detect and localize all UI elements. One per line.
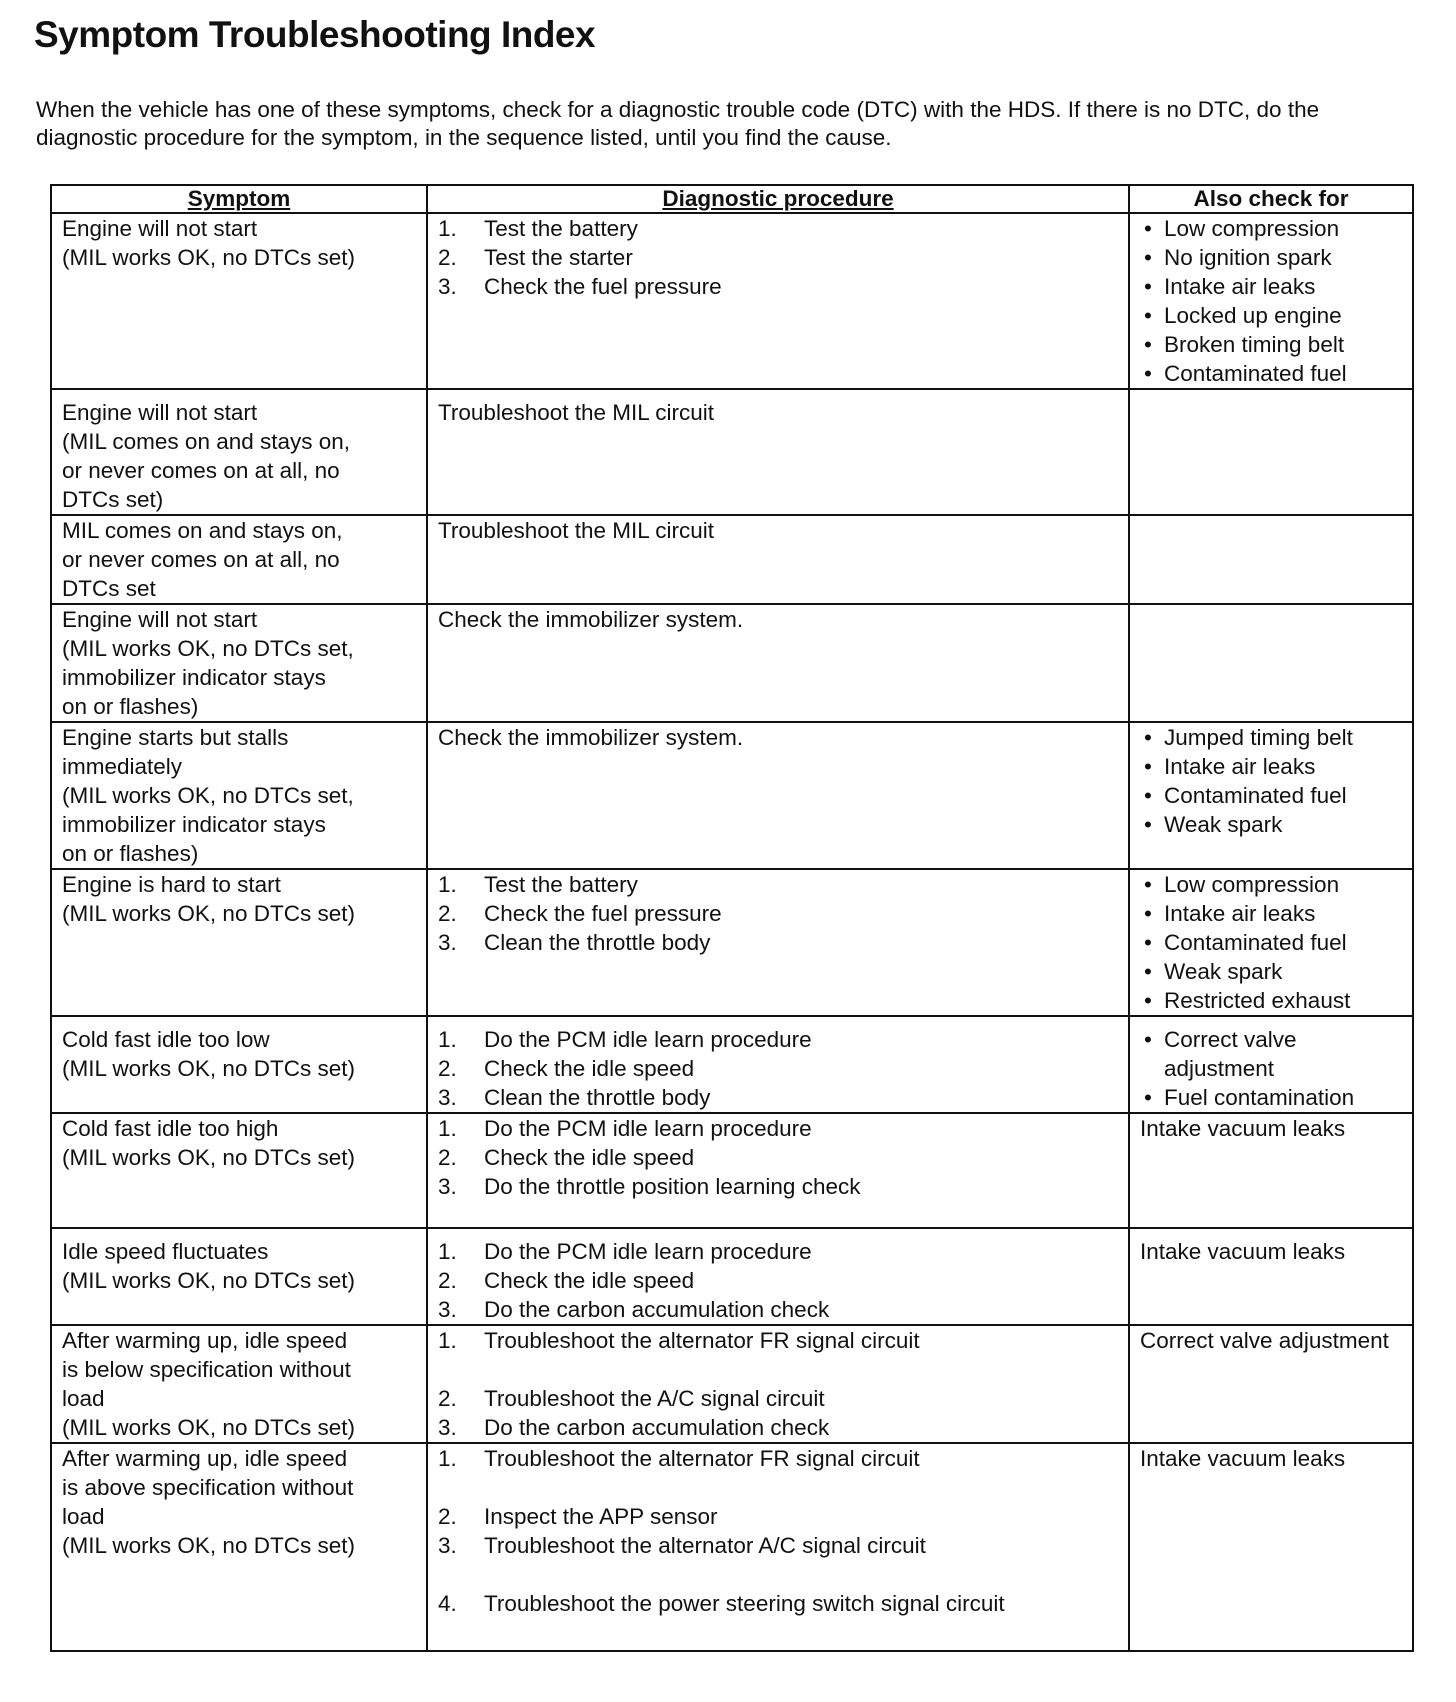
symptom-cell: After warming up, idle speedis below spe… bbox=[51, 1325, 427, 1443]
symptom-line: Cold fast idle too low bbox=[62, 1025, 416, 1054]
step-number: 2. bbox=[438, 1054, 484, 1083]
step-number: 1. bbox=[438, 1114, 484, 1143]
procedure-steps: 1.Do the PCM idle learn procedure2.Check… bbox=[438, 1114, 1118, 1201]
procedure-step: 2.Check the fuel pressure bbox=[438, 899, 1118, 928]
procedure-text: Troubleshoot the MIL circuit bbox=[438, 516, 1118, 545]
table-row: MIL comes on and stays on,or never comes… bbox=[51, 515, 1413, 604]
step-number: 3. bbox=[438, 1413, 484, 1442]
symptom-line: or never comes on at all, no bbox=[62, 545, 416, 574]
also-check-text: Fuel contamination bbox=[1164, 1083, 1354, 1112]
symptom-line: load bbox=[62, 1384, 416, 1413]
procedure-steps: 1.Troubleshoot the alternator FR signal … bbox=[438, 1444, 1118, 1618]
also-check-item: •Intake air leaks bbox=[1140, 272, 1402, 301]
also-check-cell bbox=[1129, 515, 1413, 604]
procedure-step: 3.Do the carbon accumulation check bbox=[438, 1295, 1118, 1324]
also-check-item: •Intake air leaks bbox=[1140, 899, 1402, 928]
step-text: Troubleshoot the alternator FR signal ci… bbox=[484, 1444, 920, 1473]
also-check-item: •No ignition spark bbox=[1140, 243, 1402, 272]
bullet-icon: • bbox=[1140, 781, 1164, 810]
symptom-line: (MIL works OK, no DTCs set, bbox=[62, 781, 416, 810]
procedure-cell: 1.Do the PCM idle learn procedure2.Check… bbox=[427, 1016, 1129, 1113]
also-check-item: •Broken timing belt bbox=[1140, 330, 1402, 359]
table-row: Engine will not start(MIL works OK, no D… bbox=[51, 604, 1413, 722]
step-number: 4. bbox=[438, 1589, 484, 1618]
symptom-line: Cold fast idle too high bbox=[62, 1114, 416, 1143]
step-text: Troubleshoot the alternator A/C signal c… bbox=[484, 1531, 926, 1560]
procedure-step: 1.Test the battery bbox=[438, 214, 1118, 243]
intro-paragraph: When the vehicle has one of these sympto… bbox=[36, 96, 1416, 152]
procedure-step: 2.Check the idle speed bbox=[438, 1266, 1118, 1295]
step-spacer bbox=[438, 1473, 1118, 1502]
step-spacer bbox=[438, 1560, 1118, 1589]
step-text: Troubleshoot the power steering switch s… bbox=[484, 1589, 1005, 1618]
header-diagnostic-procedure-label: Diagnostic procedure bbox=[662, 186, 893, 211]
procedure-step: 4.Troubleshoot the power steering switch… bbox=[438, 1589, 1118, 1618]
procedure-steps: 1.Do the PCM idle learn procedure2.Check… bbox=[438, 1025, 1118, 1112]
also-check-item: •Low compression bbox=[1140, 870, 1402, 899]
symptom-line: Engine will not start bbox=[62, 398, 416, 427]
step-number: 3. bbox=[438, 1083, 484, 1112]
procedure-step: 2.Inspect the APP sensor bbox=[438, 1502, 1118, 1531]
step-number: 3. bbox=[438, 1172, 484, 1201]
also-check-text: Jumped timing belt bbox=[1164, 723, 1353, 752]
symptom-cell: Engine will not start(MIL comes on and s… bbox=[51, 389, 427, 515]
bullet-icon: • bbox=[1140, 810, 1164, 839]
step-text: Clean the throttle body bbox=[484, 1083, 710, 1112]
also-check-text: Weak spark bbox=[1164, 810, 1282, 839]
step-number: 3. bbox=[438, 1295, 484, 1324]
also-check-text: Contaminated fuel bbox=[1164, 928, 1347, 957]
symptom-cell: Engine will not start(MIL works OK, no D… bbox=[51, 604, 427, 722]
procedure-step: 3.Clean the throttle body bbox=[438, 928, 1118, 957]
also-check-text: Low compression bbox=[1164, 870, 1339, 899]
step-number: 3. bbox=[438, 1531, 484, 1560]
header-symptom: Symptom bbox=[51, 185, 427, 213]
procedure-step: 3.Do the carbon accumulation check bbox=[438, 1413, 1118, 1442]
also-check-item: •Weak spark bbox=[1140, 957, 1402, 986]
also-check-list: •Low compression•No ignition spark•Intak… bbox=[1140, 214, 1402, 388]
also-check-item: •Jumped timing belt bbox=[1140, 723, 1402, 752]
procedure-step: 1.Troubleshoot the alternator FR signal … bbox=[438, 1444, 1118, 1473]
symptom-cell: Engine starts but stallsimmediately(MIL … bbox=[51, 722, 427, 869]
step-number: 3. bbox=[438, 272, 484, 301]
step-text: Test the battery bbox=[484, 214, 638, 243]
procedure-step: 2.Troubleshoot the A/C signal circuit bbox=[438, 1384, 1118, 1413]
also-check-cell bbox=[1129, 604, 1413, 722]
bullet-icon: • bbox=[1140, 1083, 1164, 1112]
also-check-cell: Correct valve adjustment bbox=[1129, 1325, 1413, 1443]
also-check-item: •Correct valve adjustment bbox=[1140, 1025, 1402, 1083]
symptom-line: (MIL works OK, no DTCs set, bbox=[62, 634, 416, 663]
procedure-step: 3.Do the throttle position learning chec… bbox=[438, 1172, 1118, 1201]
procedure-cell: 1.Do the PCM idle learn procedure2.Check… bbox=[427, 1113, 1129, 1228]
procedure-step: 1.Do the PCM idle learn procedure bbox=[438, 1025, 1118, 1054]
procedure-step: 2.Check the idle speed bbox=[438, 1054, 1118, 1083]
also-check-text: Contaminated fuel bbox=[1164, 781, 1347, 810]
procedure-step: 1.Test the battery bbox=[438, 870, 1118, 899]
step-text: Do the throttle position learning check bbox=[484, 1172, 860, 1201]
step-number: 3. bbox=[438, 928, 484, 957]
symptom-line: Engine will not start bbox=[62, 605, 416, 634]
bullet-icon: • bbox=[1140, 359, 1164, 388]
procedure-cell: Troubleshoot the MIL circuit bbox=[427, 515, 1129, 604]
procedure-cell: Troubleshoot the MIL circuit bbox=[427, 389, 1129, 515]
procedure-text: Troubleshoot the MIL circuit bbox=[438, 398, 1118, 427]
bullet-icon: • bbox=[1140, 986, 1164, 1015]
step-number: 1. bbox=[438, 1444, 484, 1473]
procedure-cell: 1.Troubleshoot the alternator FR signal … bbox=[427, 1325, 1129, 1443]
symptom-line: Idle speed fluctuates bbox=[62, 1237, 416, 1266]
table-row: Engine is hard to start(MIL works OK, no… bbox=[51, 869, 1413, 1016]
step-text: Troubleshoot the alternator FR signal ci… bbox=[484, 1326, 920, 1355]
table-row: Engine will not start(MIL comes on and s… bbox=[51, 389, 1413, 515]
also-check-cell: •Low compression•No ignition spark•Intak… bbox=[1129, 213, 1413, 389]
also-check-text: Intake vacuum leaks bbox=[1140, 1237, 1402, 1266]
table-row: Cold fast idle too high(MIL works OK, no… bbox=[51, 1113, 1413, 1228]
procedure-steps: 1.Test the battery2.Check the fuel press… bbox=[438, 870, 1118, 957]
also-check-text: Intake vacuum leaks bbox=[1140, 1114, 1402, 1143]
step-text: Check the fuel pressure bbox=[484, 899, 722, 928]
table-row: After warming up, idle speedis below spe… bbox=[51, 1325, 1413, 1443]
also-check-text: No ignition spark bbox=[1164, 243, 1332, 272]
also-check-item: •Fuel contamination bbox=[1140, 1083, 1402, 1112]
step-number: 1. bbox=[438, 870, 484, 899]
also-check-text: Correct valve adjustment bbox=[1140, 1326, 1402, 1355]
also-check-text: Locked up engine bbox=[1164, 301, 1342, 330]
symptom-line: Engine is hard to start bbox=[62, 870, 416, 899]
symptom-line: DTCs set) bbox=[62, 485, 416, 514]
symptom-line: (MIL works OK, no DTCs set) bbox=[62, 899, 416, 928]
step-text: Test the battery bbox=[484, 870, 638, 899]
symptom-cell: Idle speed fluctuates(MIL works OK, no D… bbox=[51, 1228, 427, 1325]
also-check-cell: Intake vacuum leaks bbox=[1129, 1443, 1413, 1651]
procedure-cell: 1.Test the battery2.Test the starter3.Ch… bbox=[427, 213, 1129, 389]
procedure-step: 1.Do the PCM idle learn procedure bbox=[438, 1114, 1118, 1143]
also-check-cell: •Low compression•Intake air leaks•Contam… bbox=[1129, 869, 1413, 1016]
step-number: 2. bbox=[438, 899, 484, 928]
also-check-text: Intake vacuum leaks bbox=[1140, 1444, 1402, 1473]
symptom-line: (MIL works OK, no DTCs set) bbox=[62, 1054, 416, 1083]
step-text: Inspect the APP sensor bbox=[484, 1502, 717, 1531]
step-text: Check the idle speed bbox=[484, 1266, 694, 1295]
also-check-text: Intake air leaks bbox=[1164, 752, 1315, 781]
step-number: 1. bbox=[438, 1237, 484, 1266]
procedure-step: 3.Check the fuel pressure bbox=[438, 272, 1118, 301]
bullet-icon: • bbox=[1140, 1025, 1164, 1083]
table-body: Engine will not start(MIL works OK, no D… bbox=[51, 213, 1413, 1651]
bullet-icon: • bbox=[1140, 928, 1164, 957]
procedure-steps: 1.Troubleshoot the alternator FR signal … bbox=[438, 1326, 1118, 1442]
step-text: Do the PCM idle learn procedure bbox=[484, 1025, 812, 1054]
step-text: Do the carbon accumulation check bbox=[484, 1295, 829, 1324]
bullet-icon: • bbox=[1140, 957, 1164, 986]
procedure-step: 3.Clean the throttle body bbox=[438, 1083, 1118, 1112]
symptom-line: MIL comes on and stays on, bbox=[62, 516, 416, 545]
procedure-text: Check the immobilizer system. bbox=[438, 605, 1118, 634]
symptom-line: Engine starts but stalls bbox=[62, 723, 416, 752]
symptom-line: (MIL works OK, no DTCs set) bbox=[62, 1531, 416, 1560]
also-check-cell: •Correct valve adjustment•Fuel contamina… bbox=[1129, 1016, 1413, 1113]
symptom-line: DTCs set bbox=[62, 574, 416, 603]
bullet-icon: • bbox=[1140, 214, 1164, 243]
also-check-cell bbox=[1129, 389, 1413, 515]
also-check-cell: Intake vacuum leaks bbox=[1129, 1113, 1413, 1228]
bullet-icon: • bbox=[1140, 272, 1164, 301]
symptom-line: (MIL works OK, no DTCs set) bbox=[62, 1266, 416, 1295]
step-number: 1. bbox=[438, 214, 484, 243]
also-check-item: •Contaminated fuel bbox=[1140, 781, 1402, 810]
also-check-cell: Intake vacuum leaks bbox=[1129, 1228, 1413, 1325]
also-check-item: •Contaminated fuel bbox=[1140, 359, 1402, 388]
bullet-icon: • bbox=[1140, 870, 1164, 899]
table-row: Cold fast idle too low(MIL works OK, no … bbox=[51, 1016, 1413, 1113]
symptom-line: on or flashes) bbox=[62, 839, 416, 868]
also-check-text: Weak spark bbox=[1164, 957, 1282, 986]
step-number: 2. bbox=[438, 243, 484, 272]
symptom-cell: Cold fast idle too high(MIL works OK, no… bbox=[51, 1113, 427, 1228]
also-check-text: Correct valve adjustment bbox=[1164, 1025, 1402, 1083]
symptom-line: (MIL comes on and stays on, bbox=[62, 427, 416, 456]
step-text: Clean the throttle body bbox=[484, 928, 710, 957]
bullet-icon: • bbox=[1140, 899, 1164, 928]
bullet-icon: • bbox=[1140, 330, 1164, 359]
symptom-line: (MIL works OK, no DTCs set) bbox=[62, 243, 416, 272]
procedure-text: Check the immobilizer system. bbox=[438, 723, 1118, 752]
procedure-step: 3.Troubleshoot the alternator A/C signal… bbox=[438, 1531, 1118, 1560]
table-header-row: Symptom Diagnostic procedure Also check … bbox=[51, 185, 1413, 213]
step-number: 1. bbox=[438, 1025, 484, 1054]
also-check-item: •Intake air leaks bbox=[1140, 752, 1402, 781]
bullet-icon: • bbox=[1140, 301, 1164, 330]
symptom-line: After warming up, idle speed bbox=[62, 1444, 416, 1473]
symptom-line: (MIL works OK, no DTCs set) bbox=[62, 1143, 416, 1172]
symptom-cell: Cold fast idle too low(MIL works OK, no … bbox=[51, 1016, 427, 1113]
also-check-text: Low compression bbox=[1164, 214, 1339, 243]
symptom-cell: Engine will not start(MIL works OK, no D… bbox=[51, 213, 427, 389]
also-check-item: •Contaminated fuel bbox=[1140, 928, 1402, 957]
procedure-step: 1.Do the PCM idle learn procedure bbox=[438, 1237, 1118, 1266]
symptom-line: immobilizer indicator stays bbox=[62, 663, 416, 692]
also-check-item: •Restricted exhaust bbox=[1140, 986, 1402, 1015]
also-check-text: Intake air leaks bbox=[1164, 899, 1315, 928]
also-check-item: •Low compression bbox=[1140, 214, 1402, 243]
symptom-line: load bbox=[62, 1502, 416, 1531]
also-check-list: •Low compression•Intake air leaks•Contam… bbox=[1140, 870, 1402, 1015]
symptom-cell: Engine is hard to start(MIL works OK, no… bbox=[51, 869, 427, 1016]
procedure-cell: 1.Do the PCM idle learn procedure2.Check… bbox=[427, 1228, 1129, 1325]
step-text: Do the PCM idle learn procedure bbox=[484, 1114, 812, 1143]
bullet-icon: • bbox=[1140, 243, 1164, 272]
bullet-icon: • bbox=[1140, 723, 1164, 752]
symptom-cell: MIL comes on and stays on,or never comes… bbox=[51, 515, 427, 604]
step-text: Check the fuel pressure bbox=[484, 272, 722, 301]
symptom-index-table: Symptom Diagnostic procedure Also check … bbox=[50, 184, 1414, 1652]
procedure-cell: Check the immobilizer system. bbox=[427, 722, 1129, 869]
also-check-item: •Locked up engine bbox=[1140, 301, 1402, 330]
procedure-step: 2.Test the starter bbox=[438, 243, 1118, 272]
also-check-text: Intake air leaks bbox=[1164, 272, 1315, 301]
also-check-list: •Correct valve adjustment•Fuel contamina… bbox=[1140, 1025, 1402, 1112]
page-title: Symptom Troubleshooting Index bbox=[34, 14, 595, 56]
step-text: Check the idle speed bbox=[484, 1054, 694, 1083]
symptom-line: is below specification without bbox=[62, 1355, 416, 1384]
also-check-text: Contaminated fuel bbox=[1164, 359, 1347, 388]
step-text: Check the idle speed bbox=[484, 1143, 694, 1172]
symptom-line: (MIL works OK, no DTCs set) bbox=[62, 1413, 416, 1442]
symptom-line: on or flashes) bbox=[62, 692, 416, 721]
procedure-step: 1.Troubleshoot the alternator FR signal … bbox=[438, 1326, 1118, 1355]
bullet-icon: • bbox=[1140, 752, 1164, 781]
symptom-line: is above specification without bbox=[62, 1473, 416, 1502]
also-check-list: •Jumped timing belt•Intake air leaks•Con… bbox=[1140, 723, 1402, 839]
procedure-steps: 1.Test the battery2.Test the starter3.Ch… bbox=[438, 214, 1118, 301]
step-text: Do the PCM idle learn procedure bbox=[484, 1237, 812, 1266]
header-also-check-for: Also check for bbox=[1129, 185, 1413, 213]
table-row: After warming up, idle speedis above spe… bbox=[51, 1443, 1413, 1651]
also-check-text: Broken timing belt bbox=[1164, 330, 1344, 359]
also-check-item: •Weak spark bbox=[1140, 810, 1402, 839]
step-number: 2. bbox=[438, 1266, 484, 1295]
step-spacer bbox=[438, 1355, 1118, 1384]
table-row: Engine will not start(MIL works OK, no D… bbox=[51, 213, 1413, 389]
procedure-cell: 1.Troubleshoot the alternator FR signal … bbox=[427, 1443, 1129, 1651]
header-diagnostic-procedure: Diagnostic procedure bbox=[427, 185, 1129, 213]
symptom-line: immediately bbox=[62, 752, 416, 781]
procedure-cell: 1.Test the battery2.Check the fuel press… bbox=[427, 869, 1129, 1016]
symptom-cell: After warming up, idle speedis above spe… bbox=[51, 1443, 427, 1651]
step-number: 2. bbox=[438, 1143, 484, 1172]
step-number: 2. bbox=[438, 1502, 484, 1531]
procedure-step: 2.Check the idle speed bbox=[438, 1143, 1118, 1172]
table-row: Idle speed fluctuates(MIL works OK, no D… bbox=[51, 1228, 1413, 1325]
symptom-line: After warming up, idle speed bbox=[62, 1326, 416, 1355]
step-text: Test the starter bbox=[484, 243, 633, 272]
symptom-line: immobilizer indicator stays bbox=[62, 810, 416, 839]
also-check-cell: •Jumped timing belt•Intake air leaks•Con… bbox=[1129, 722, 1413, 869]
procedure-cell: Check the immobilizer system. bbox=[427, 604, 1129, 722]
step-number: 1. bbox=[438, 1326, 484, 1355]
symptom-line: Engine will not start bbox=[62, 214, 416, 243]
procedure-steps: 1.Do the PCM idle learn procedure2.Check… bbox=[438, 1237, 1118, 1324]
table-row: Engine starts but stallsimmediately(MIL … bbox=[51, 722, 1413, 869]
step-text: Do the carbon accumulation check bbox=[484, 1413, 829, 1442]
step-text: Troubleshoot the A/C signal circuit bbox=[484, 1384, 825, 1413]
symptom-line: or never comes on at all, no bbox=[62, 456, 416, 485]
step-number: 2. bbox=[438, 1384, 484, 1413]
also-check-text: Restricted exhaust bbox=[1164, 986, 1350, 1015]
